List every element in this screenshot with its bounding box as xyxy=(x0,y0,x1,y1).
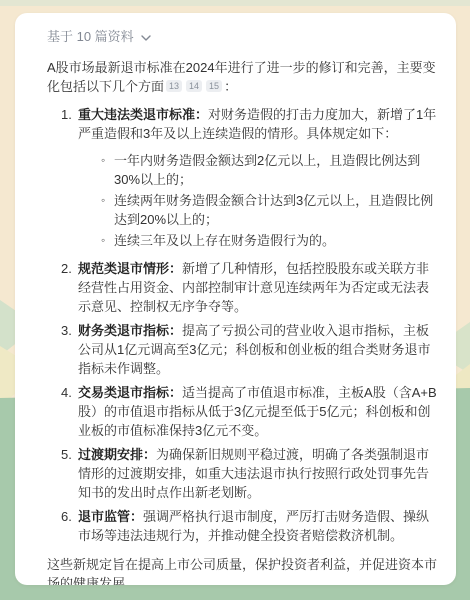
item-number: 6. xyxy=(61,507,72,526)
sub-list-item: 连续三年及以上存在财务造假行为的。 xyxy=(100,231,440,250)
page: 基于 10 篇资料 A股市场最新退市标准在2024年进行了进一步的修订和完善，主… xyxy=(0,0,470,600)
changes-list: 1.重大违法类退市标准：对财务造假的打击力度加大，新增了1年严重造假和3年及以上… xyxy=(47,105,440,545)
item-title: 财务类退市指标 xyxy=(78,323,169,338)
list-item-compliance: 2.规范类退市情形：新增了几种情形，包括控股股东或关联方非经营性占用资金、内部控… xyxy=(61,259,440,316)
list-item-supervision: 6.退市监管：强调严格执行退市制度，严厉打击财务造假、操纵市场等违法违规行为，并… xyxy=(61,507,440,545)
answer-card: 基于 10 篇资料 A股市场最新退市标准在2024年进行了进一步的修订和完善，主… xyxy=(15,13,456,585)
chevron-down-icon xyxy=(141,35,151,41)
list-item-transition: 5.过渡期安排：为确保新旧规则平稳过渡，明确了各类强制退市情形的过渡期安排，如重… xyxy=(61,445,440,502)
item-number: 5. xyxy=(61,445,72,464)
item-separator: ： xyxy=(169,385,182,400)
sub-item-text: 一年内财务造假金额达到2亿元以上，且造假比例达到30%以上的； xyxy=(114,153,420,187)
item-number: 4. xyxy=(61,383,72,402)
intro-text: A股市场最新退市标准在2024年进行了进一步的修订和完善，主要变化包括以下几个方… xyxy=(47,60,436,94)
sub-list: 一年内财务造假金额达到2亿元以上，且造假比例达到30%以上的； 连续两年财务造假… xyxy=(78,151,440,250)
item-separator: ： xyxy=(169,323,182,338)
citation-chip[interactable]: 14 xyxy=(186,80,202,92)
sub-list-item: 连续两年财务造假金额合计达到3亿元以上，且造假比例达到20%以上的； xyxy=(100,191,440,229)
item-separator: ： xyxy=(169,261,182,276)
citation-chip[interactable]: 13 xyxy=(166,80,182,92)
intro-paragraph: A股市场最新退市标准在2024年进行了进一步的修订和完善，主要变化包括以下几个方… xyxy=(47,58,440,96)
item-title: 过渡期安排 xyxy=(78,447,143,462)
item-title: 交易类退市指标 xyxy=(78,385,169,400)
item-title: 重大违法类退市标准 xyxy=(78,107,195,122)
sources-toggle[interactable]: 基于 10 篇资料 xyxy=(47,29,440,45)
item-separator: ： xyxy=(143,447,156,462)
item-separator: ： xyxy=(130,509,143,524)
item-title: 退市监管 xyxy=(78,509,130,524)
sources-label: 基于 10 篇资料 xyxy=(47,29,134,45)
list-item-major-violation: 1.重大违法类退市标准：对财务造假的打击力度加大，新增了1年严重造假和3年及以上… xyxy=(61,105,440,250)
closing-paragraph: 这些新规定旨在提高上市公司质量，保护投资者利益，并促进资本市场的健康发展。 xyxy=(47,555,440,585)
list-item-trading: 4.交易类退市指标：适当提高了市值退市标准，主板A股（含A+B股）的市值退市指标… xyxy=(61,383,440,440)
item-number: 1. xyxy=(61,105,72,124)
sub-list-item: 一年内财务造假金额达到2亿元以上，且造假比例达到30%以上的； xyxy=(100,151,440,189)
item-number: 2. xyxy=(61,259,72,278)
item-title: 规范类退市情形 xyxy=(78,261,169,276)
sub-item-text: 连续三年及以上存在财务造假行为的。 xyxy=(114,233,335,248)
list-item-financial: 3.财务类退市指标：提高了亏损公司的营业收入退市指标，主板公司从1亿元调高至3亿… xyxy=(61,321,440,378)
citation-chip[interactable]: 15 xyxy=(206,80,222,92)
item-separator: ： xyxy=(195,107,208,122)
intro-colon: ： xyxy=(224,79,237,94)
sub-item-text: 连续两年财务造假金额合计达到3亿元以上，且造假比例达到20%以上的； xyxy=(114,193,433,227)
item-number: 3. xyxy=(61,321,72,340)
